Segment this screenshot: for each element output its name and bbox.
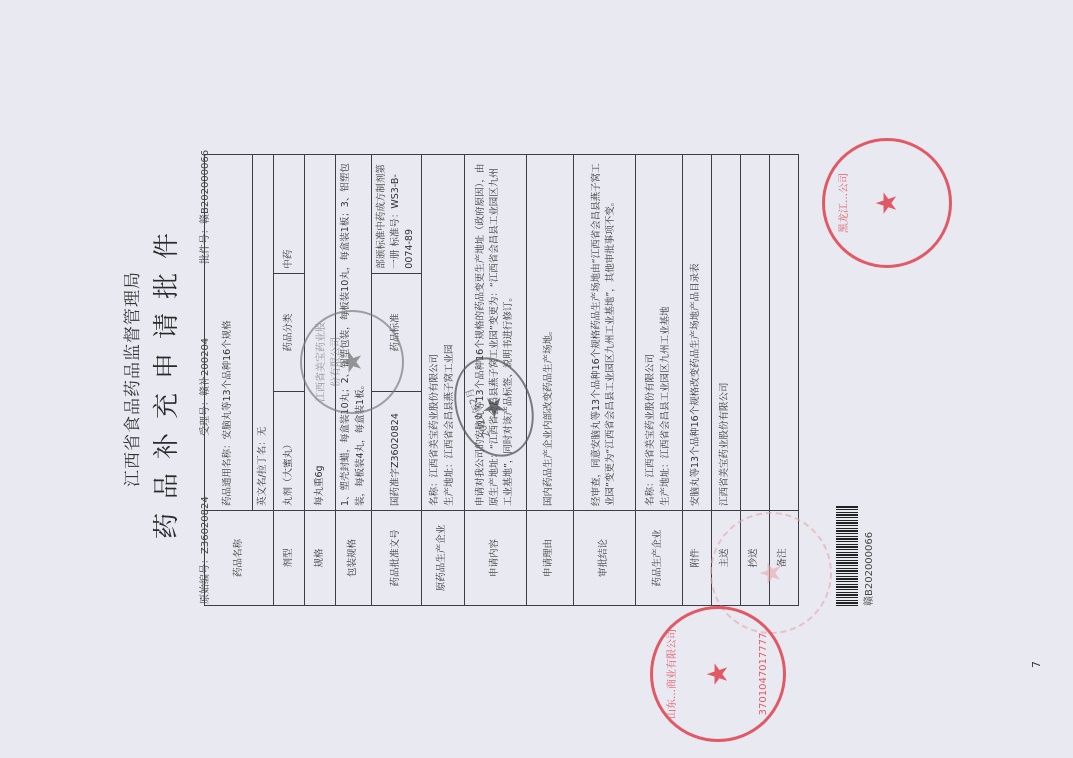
original-mfr-address: 生产地址：江西省会昌县燕子窝工业园 — [443, 159, 457, 506]
approval-conclusion: 经审查，同意安脑丸等13个品种16个规格药品生产场地由“江西省会昌县燕子窝工业园… — [573, 155, 635, 511]
star-icon: ★ — [757, 560, 785, 585]
category: 中药 — [274, 155, 305, 274]
row-dosage-form: 剂型 丸剂（大蜜丸） 药品分类 中药 — [274, 155, 305, 606]
rotated-document-page: 江西省食品药品监督管理局 药品补充申请批件 原始编号：Z36020824 受理号… — [0, 0, 1073, 758]
recipient: 江西省美宝药业股份有限公司 — [711, 155, 740, 511]
red-seal-top: ★ 黑龙江…公司 — [822, 138, 952, 268]
attachment-label: 附件 — [682, 511, 711, 606]
category-label: 药品分类 — [274, 273, 305, 392]
original-mfr-label: 原药品生产企业 — [421, 511, 464, 606]
red-seal-top-text: 黑龙江…公司 — [835, 151, 939, 255]
packaging-label: 包装规格 — [336, 511, 372, 606]
mfr-label: 药品生产企业 — [635, 511, 682, 606]
application-reason: 国内药品生产企业内部改变药品生产场地。 — [526, 155, 573, 511]
approval-no: 国药准字Z36020824 — [371, 392, 421, 511]
red-seal-bottom-number: 3701047017777 — [758, 633, 769, 716]
dosage-form: 丸剂（大蜜丸） — [274, 392, 305, 511]
issuing-agency: 江西省食品药品监督管理局 — [118, 0, 143, 758]
generic-name: 药品通用名称：安脑丸等13个品种16个规格 — [205, 155, 253, 511]
barcode — [836, 506, 858, 606]
standard: 部颁标准中药成方制剂第一册 标准号：WS3-B-0074-89 — [371, 155, 421, 274]
row-manufacturer: 药品生产企业 名称：江西省美宝药业股份有限公司 生产地址：江西省会昌县工业园区九… — [635, 155, 682, 606]
english-name: 英文名/拉丁名：无 — [253, 155, 274, 511]
red-seal-bottom: ★ 山东…商业有限公司 3701047017777 — [650, 606, 786, 742]
gray-seal-company: ★ 江西省美宝药业股份有限公司 — [300, 310, 404, 414]
gray-seal-company-text: 江西省美宝药业股份有限公司 — [312, 322, 392, 402]
spec-label: 规格 — [305, 511, 336, 606]
original-mfr-name: 名称：江西省美宝药业股份有限公司 — [428, 159, 442, 506]
content-label: 申请内容 — [464, 511, 526, 606]
drug-name-label: 药品名称 — [205, 511, 274, 606]
barcode-number: 赣B202000066 — [860, 532, 875, 606]
mfr-name: 名称：江西省美宝药业股份有限公司 — [644, 159, 658, 506]
dosage-form-label: 剂型 — [274, 511, 305, 606]
approval-no-label: 药品批准文号 — [371, 511, 421, 606]
row-application-reason: 申请理由 国内药品生产企业内部改变药品生产场地。 — [526, 155, 573, 606]
page-number: 7 — [1030, 661, 1043, 668]
row-attachment: 附件 安脑丸等13个品种16个规格改变药品生产场地产品目录表 — [682, 155, 711, 606]
conclusion-label: 审批结论 — [573, 511, 635, 606]
application-content: 申请对我公司的安脑丸等13个品种16个规格的药品变更生产地址（政府原因），由原生… — [464, 155, 526, 511]
note — [769, 155, 798, 511]
row-drug-name: 药品名称 药品通用名称：安脑丸等13个品种16个规格 — [205, 155, 253, 606]
row-conclusion: 审批结论 经审查，同意安脑丸等13个品种16个规格药品生产场地由“江西省会昌县燕… — [573, 155, 635, 606]
reason-label: 申请理由 — [526, 511, 573, 606]
mfr-address: 生产地址：江西省会昌县工业园区九州工业基地 — [659, 159, 673, 506]
attachment: 安脑丸等13个品种16个规格改变药品生产场地产品目录表 — [682, 155, 711, 511]
document-title: 药品补充申请批件 — [146, 0, 183, 758]
cc — [740, 155, 769, 511]
red-seal-bottom-text: 山东…商业有限公司 — [663, 619, 773, 729]
